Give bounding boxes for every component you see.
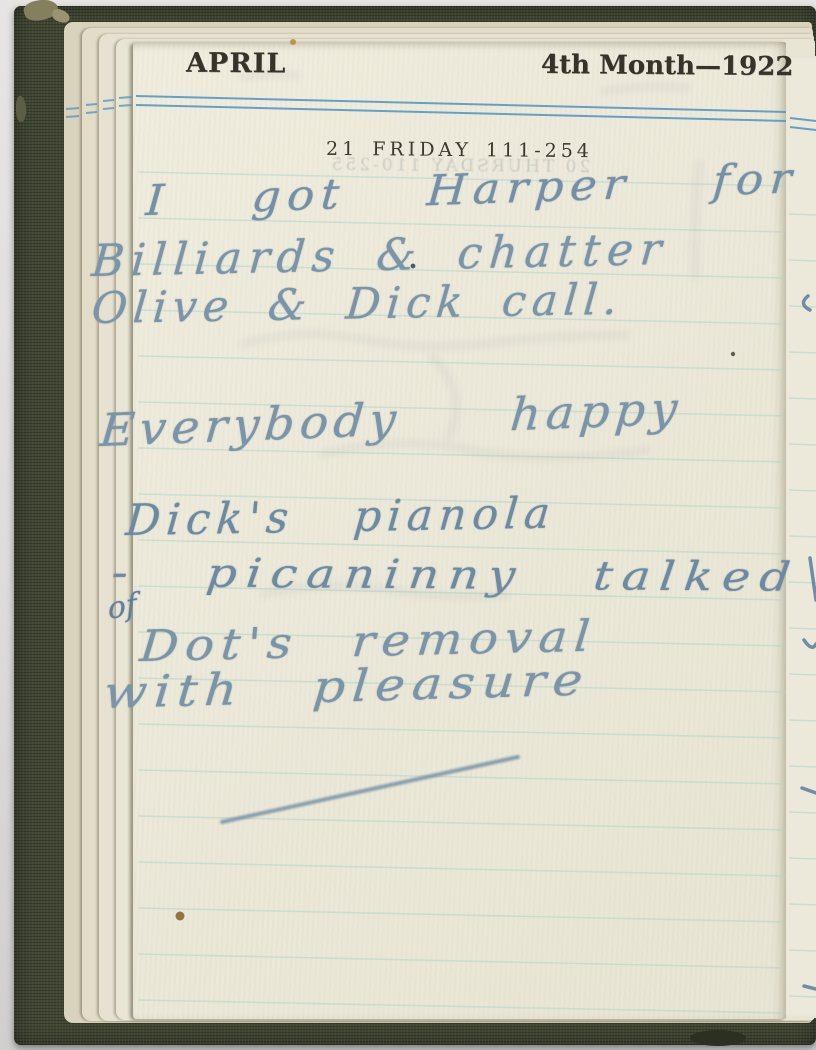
handwriting-line: of xyxy=(107,587,138,627)
calendar-numbers: 111-254 xyxy=(486,139,593,162)
handwriting-line: Dick's pianola xyxy=(124,488,558,546)
cover-wear-spot xyxy=(690,1030,746,1046)
handwriting-line: Olive & Dick call. xyxy=(90,275,625,334)
weekday-label: FRIDAY xyxy=(372,138,472,161)
month-info-label: 4th Month—1922 xyxy=(541,50,794,82)
month-label: APRIL xyxy=(186,48,287,80)
diary-photo: APRIL 4th Month—1922 20 THURSDAY 110-255… xyxy=(0,0,816,1050)
cover-fray-thread xyxy=(16,96,26,122)
day-number: 21 xyxy=(326,138,358,160)
handwriting-line: - picaninny talked xyxy=(109,550,801,601)
